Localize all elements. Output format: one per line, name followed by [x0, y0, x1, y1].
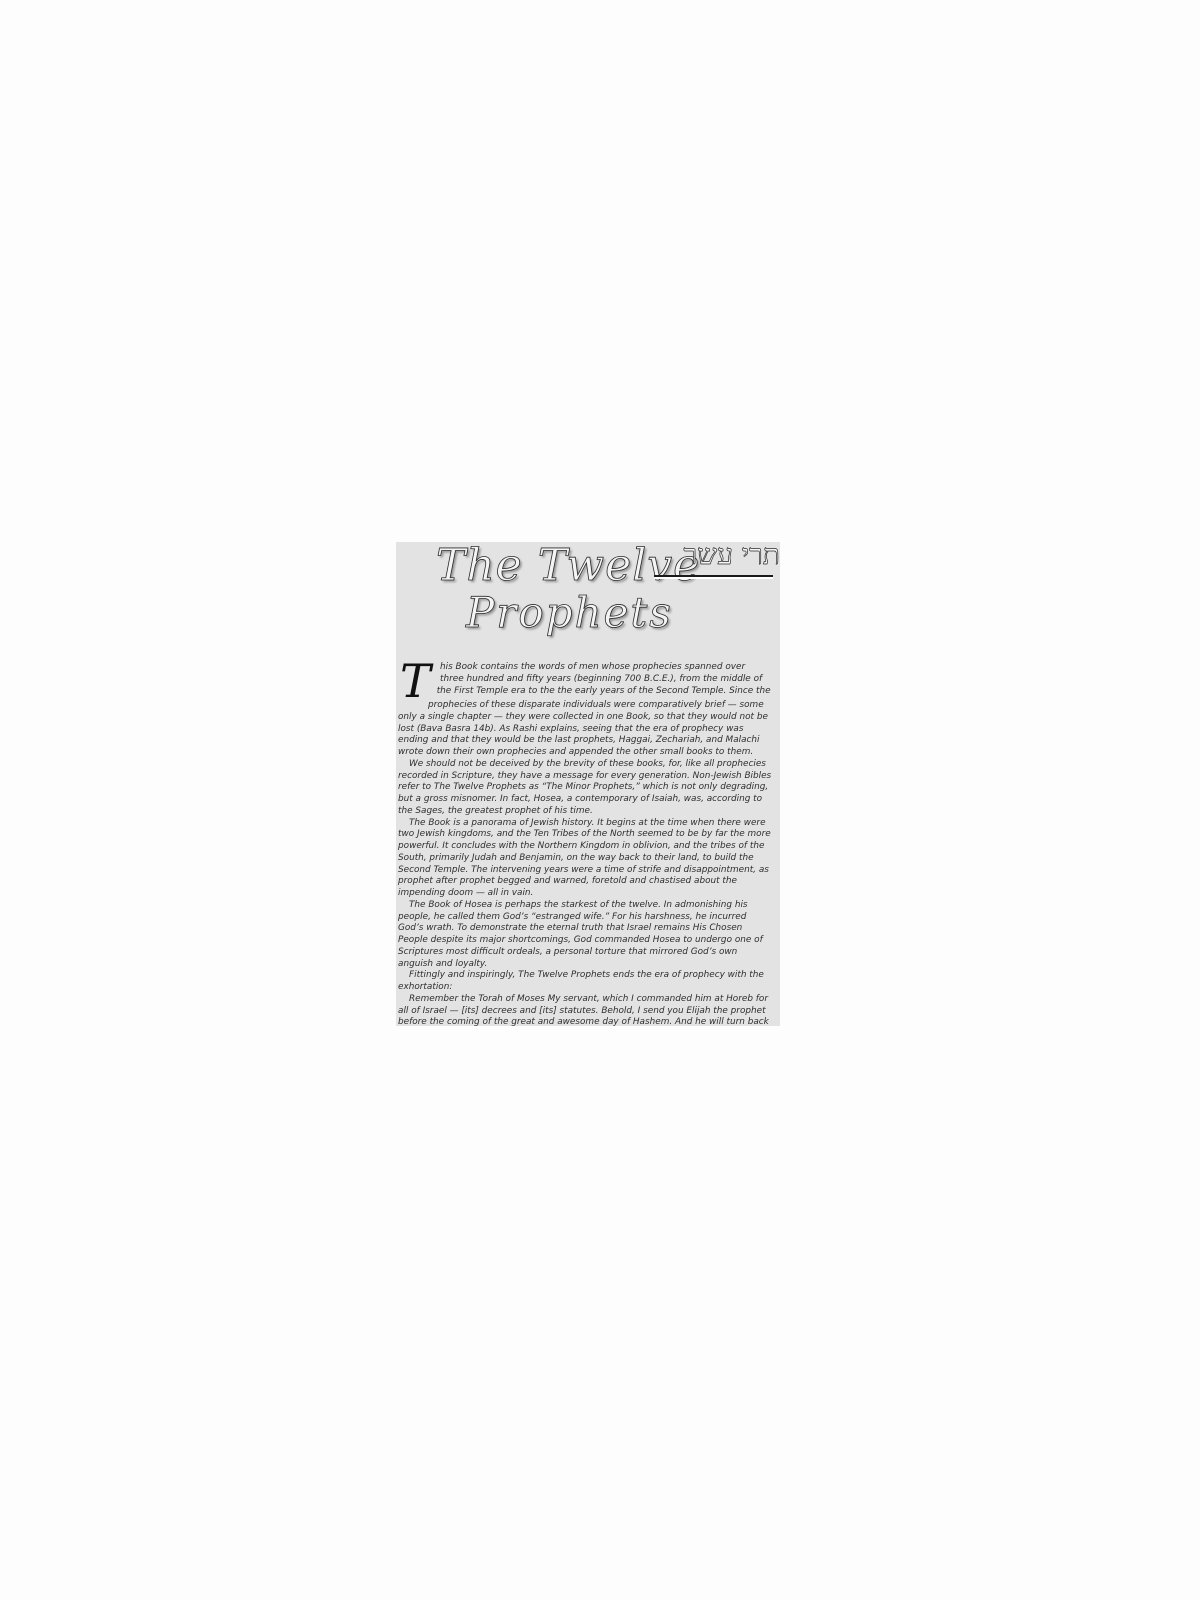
paragraph-6-quotation: Remember the Torah of Moses My servant, …	[398, 994, 772, 1026]
first-para-line-1: his Book contains the words of men whose…	[398, 662, 772, 674]
paragraph-4: The Book of Hosea is perhaps the starkes…	[398, 900, 772, 971]
first-para-line-3: the First Temple era to the the early ye…	[398, 686, 772, 698]
title-block: The Twelve Prophets תרי עשר	[396, 542, 780, 652]
body-text: T his Book contains the words of men who…	[398, 662, 772, 1026]
first-para-line-4: prophecies of these disparate individual…	[398, 700, 772, 712]
hebrew-title: תרי עשר	[684, 542, 781, 572]
first-para-line-2: three hundred and fifty years (beginning…	[398, 674, 772, 686]
paragraph-3: The Book is a panorama of Jewish history…	[398, 818, 772, 900]
paragraph-5: Fittingly and inspiringly, The Twelve Pr…	[398, 970, 772, 994]
paragraph-2: We should not be deceived by the brevity…	[398, 759, 772, 818]
title-line-1: The Twelve	[436, 542, 700, 591]
document-page: The Twelve Prophets תרי עשר T his Book c…	[396, 542, 780, 1026]
paragraph-1: T his Book contains the words of men who…	[398, 662, 772, 759]
first-para-rest: only a single chapter — they were collec…	[398, 712, 772, 759]
title-underline-rule	[654, 575, 773, 577]
drop-cap: T	[398, 664, 431, 700]
title-line-2: Prophets	[466, 588, 673, 637]
